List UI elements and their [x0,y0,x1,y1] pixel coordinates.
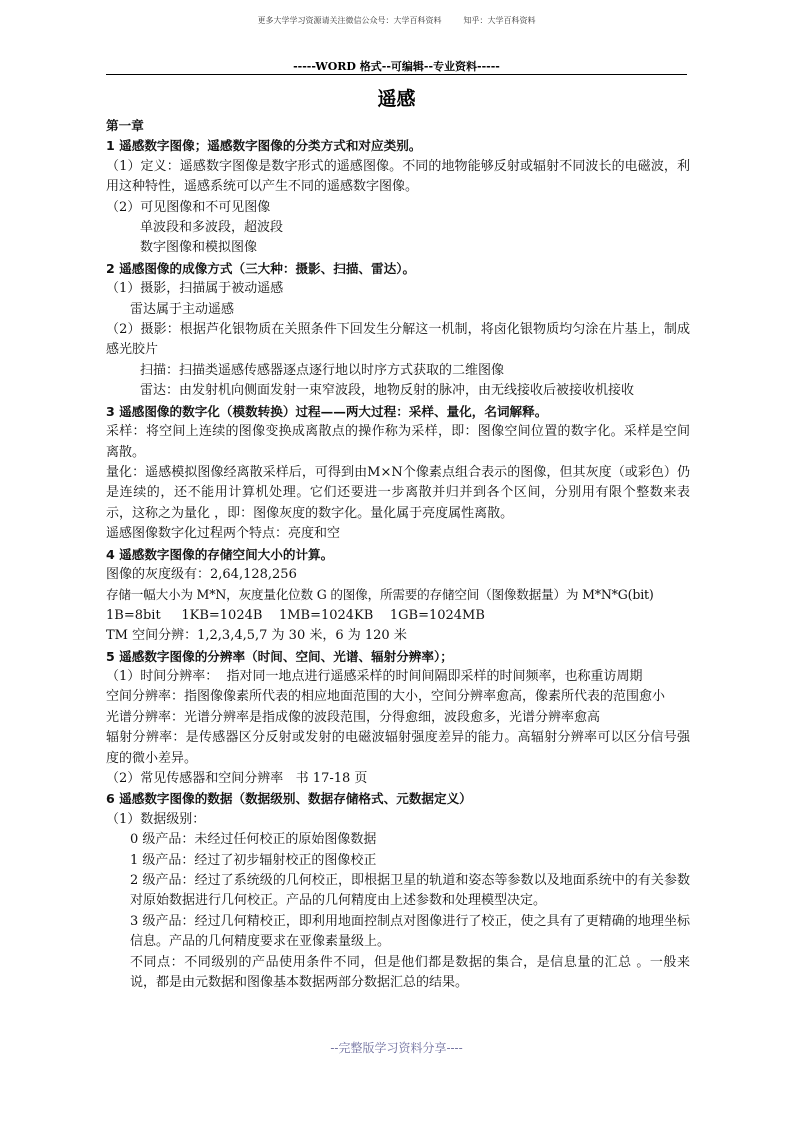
section-5-heading: 5 遥感数字图像的分辨率（时间、空间、光谱、辐射分辨率）； [106,647,690,667]
document-body: 第一章 1 遥感数字图像；遥感数字图像的分类方式和对应类别。 （1）定义：遥感数… [106,116,690,993]
section-5-spectral: 光谱分辨率：光谱分辨率是指成像的波段范围，分得愈细，波段愈多，光谱分辨率愈高 [106,708,690,728]
section-5-radiometric: 辐射分辨率：是传感器区分反射或发射的电磁波辐射强度差异的能力。高辐射分辨率可以区… [106,728,690,769]
section-6-level-0: 0 级产品：未经过任何校正的原始图像数据 [106,830,690,850]
chapter-heading: 第一章 [106,116,690,136]
section-6-level-2: 2 级产品：经过了系统级的几何校正，即根据卫星的轨道和姿态等参数以及地面系统中的… [106,871,690,912]
section-3-heading: 3 遥感图像的数字化（模数转换）过程——两大过程：采样、量化，名词解释。 [106,402,690,422]
section-1-heading: 1 遥感数字图像；遥感数字图像的分类方式和对应类别。 [106,136,690,156]
top-banner: 更多大学学习资源请关注微信公众号：大学百科资料知乎：大学百科资料 [0,15,793,26]
section-2-heading: 2 遥感图像的成像方式（三大种：摄影、扫描、雷达）。 [106,259,690,279]
section-3-features: 遥感图像数字化过程两个特点：亮度和空 [106,524,690,544]
section-1-bands: 单波段和多波段，超波段 [106,218,690,238]
section-3-quantization: 量化：遥感模拟图像经离散采样后，可得到由M×N个像素点组合表示的图像，但其灰度（… [106,463,690,524]
section-2-scanning: 扫描：扫描类遥感传感器逐点逐行地以时序方式获取的二维图像 [106,361,690,381]
section-6-level-1: 1 级产品：经过了初步辐射校正的图像校正 [106,851,690,871]
section-6-data-levels: （1）数据级别： [106,810,690,830]
document-title: 遥感 [0,84,793,111]
word-format-banner: -----WORD 格式--可编辑--专业资料----- [0,58,793,74]
section-4-storage-formula: 存储一幅大小为 M*N，灰度量化位数 G 的图像，所需要的存储空间（图像数据量）… [106,585,690,605]
section-3-sampling: 采样：将空间上连续的图像变换成离散点的操作称为采样，即：图像空间位置的数字化。采… [106,422,690,463]
header-rule-divider [106,74,687,75]
section-2-photography: （2）摄影：根据芦化银物质在关照条件下回发生分解这一机制，将卤化银物质均匀涂在片… [106,320,690,361]
section-1-item-2: （2）可见图像和不可见图像 [106,198,690,218]
section-2-radar: 雷达：由发射机向侧面发射一束窄波段，地物反射的脉冲，由无线接收后被接收机接收 [106,381,690,401]
section-5-temporal: （1）时间分辨率： 指对同一地点进行遥感采样的时间间隔即采样的时间频率，也称重访… [106,667,690,687]
section-1-digital-analog: 数字图像和模拟图像 [106,238,690,258]
section-5-spatial: 空间分辨率：指图像像素所代表的相应地面范围的大小，空间分辨率愈高，像素所代表的范… [106,687,690,707]
footer-share-text: --完整版学习资料分享---- [0,1039,793,1056]
section-5-sensors: （2）常见传感器和空间分辨率 书 17-18 页 [106,769,690,789]
banner-zhihu-text: 知乎：大学百科资料 [464,16,536,25]
banner-wechat-text: 更多大学学习资源请关注微信公众号：大学百科资料 [258,16,442,25]
section-4-units: 1B=8bit 1KB=1024B 1MB=1024KB 1GB=1024MB [106,606,690,626]
section-6-differences: 不同点：不同级别的产品使用条件不同，但是他们都是数据的集合，是信息量的汇总 。一… [106,953,690,994]
section-4-heading: 4 遥感数字图像的存储空间大小的计算。 [106,545,690,565]
section-6-heading: 6 遥感数字图像的数据（数据级别、数据存储格式、元数据定义） [106,789,690,809]
section-6-level-3: 3 级产品：经过几何精校正，即利用地面控制点对图像进行了校正，使之具有了更精确的… [106,912,690,953]
section-4-tm-resolution: TM 空间分辨：1,2,3,4,5,7 为 30 米，6 为 120 米 [106,626,690,646]
section-4-gray-levels: 图像的灰度级有：2,64,128,256 [106,565,690,585]
section-2-active: 雷达属于主动遥感 [106,300,690,320]
section-1-definition: （1）定义：遥感数字图像是数字形式的遥感图像。不同的地物能够反射或辐射不同波长的… [106,157,690,198]
section-2-passive: （1）摄影，扫描属于被动遥感 [106,279,690,299]
